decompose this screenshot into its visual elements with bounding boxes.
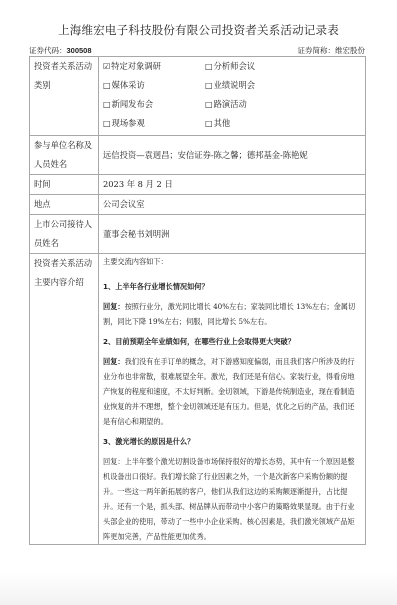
activity-type-options: ☑特定对象调研 □分析师会议 □媒体采访 □业绩说明会 □新闻发布会 □路演活动… [99,57,366,136]
checkbox-empty-icon[interactable]: □ [205,100,213,109]
option-site-visit[interactable]: □现场参观 [103,114,205,133]
option-roadshow[interactable]: □路演活动 [205,95,361,114]
answer-3: 回复：上半年整个激光切割设备市场保持很好的增长态势，其中有一个原因是整机设备出口… [103,454,361,544]
page-bottom-shade [0,572,397,605]
stock-short-name-value: 维宏股份 [335,46,365,55]
row-reception: 上市公司接待人员姓名 董事会秘书刘明洲 [30,215,366,254]
checkbox-empty-icon[interactable]: □ [205,62,213,71]
activity-type-label: 投资者关系活动类别 [30,57,99,136]
stock-code-label: 证券代码： [29,46,67,55]
stock-short-name-label: 证券简称： [298,46,336,55]
question-2: 2、目前预期全年业绩如何，在哪些行业上会取得更大突破？ [103,334,361,349]
option-press-conference[interactable]: □新闻发布会 [103,95,205,114]
checkbox-empty-icon[interactable]: □ [103,119,111,128]
checkbox-empty-icon[interactable]: □ [103,100,111,109]
reception-label: 上市公司接待人员姓名 [30,215,99,254]
main-content-label: 投资者关系活动主要内容介绍 [30,254,99,545]
location-label: 地点 [30,195,99,215]
checkbox-checked-icon[interactable]: ☑ [103,62,110,71]
stock-code: 证券代码：300508 [29,45,92,56]
time-label: 时间 [30,175,99,195]
stock-short-name: 证券简称：维宏股份 [298,45,366,56]
ir-activity-record-table: 投资者关系活动类别 ☑特定对象调研 □分析师会议 □媒体采访 □业绩说明会 □新… [29,56,366,545]
reception-value: 董事会秘书刘明洲 [99,215,366,254]
option-specific-research[interactable]: ☑特定对象调研 [103,57,205,76]
answer-2: 回复：我们没有在手订单的概念，对下游感知度偏弱，而且我们客户所涉及的行业分布也非… [103,354,361,429]
stock-code-value: 300508 [67,46,92,55]
checkbox-empty-icon[interactable]: □ [205,81,213,90]
checkbox-empty-icon[interactable]: □ [205,119,213,128]
row-participants: 参与单位名称及人员姓名 远信投资—袁迥昌；安信证券-陈之馨；德邦基金-陈艳妮 [30,136,366,175]
participants-label: 参与单位名称及人员姓名 [30,136,99,175]
main-content-body: 主要交流内容如下： 1、上半年各行业增长情况如何？ 回复：按照行业分，激光同比增… [99,254,366,545]
option-earnings-briefing[interactable]: □业绩说明会 [205,76,361,95]
option-media-interview[interactable]: □媒体采访 [103,76,205,95]
question-3: 3、激光增长的原因是什么？ [103,434,361,449]
answer-1: 回复：按照行业分，激光同比增长 40%左右；家装同比增长 13%左右；金属切割，… [103,299,361,329]
question-1: 1、上半年各行业增长情况如何？ [103,279,361,294]
row-time: 时间 2023 年 8 月 2 日 [30,175,366,195]
row-activity-type: 投资者关系活动类别 ☑特定对象调研 □分析师会议 □媒体采访 □业绩说明会 □新… [30,57,366,136]
document-title: 上海维宏电子科技股份有限公司投资者关系活动记录表 [0,22,397,38]
location-value: 公司会议室 [99,195,366,215]
option-analyst-meeting[interactable]: □分析师会议 [205,57,361,76]
checkbox-empty-icon[interactable]: □ [103,81,111,90]
row-location: 地点 公司会议室 [30,195,366,215]
time-value: 2023 年 8 月 2 日 [99,175,366,195]
row-main-content: 投资者关系活动主要内容介绍 主要交流内容如下： 1、上半年各行业增长情况如何？ … [30,254,366,545]
option-other[interactable]: □其他 [205,114,361,133]
participants-value: 远信投资—袁迥昌；安信证券-陈之馨；德邦基金-陈艳妮 [99,136,366,175]
intro-text: 主要交流内容如下： [103,254,361,269]
